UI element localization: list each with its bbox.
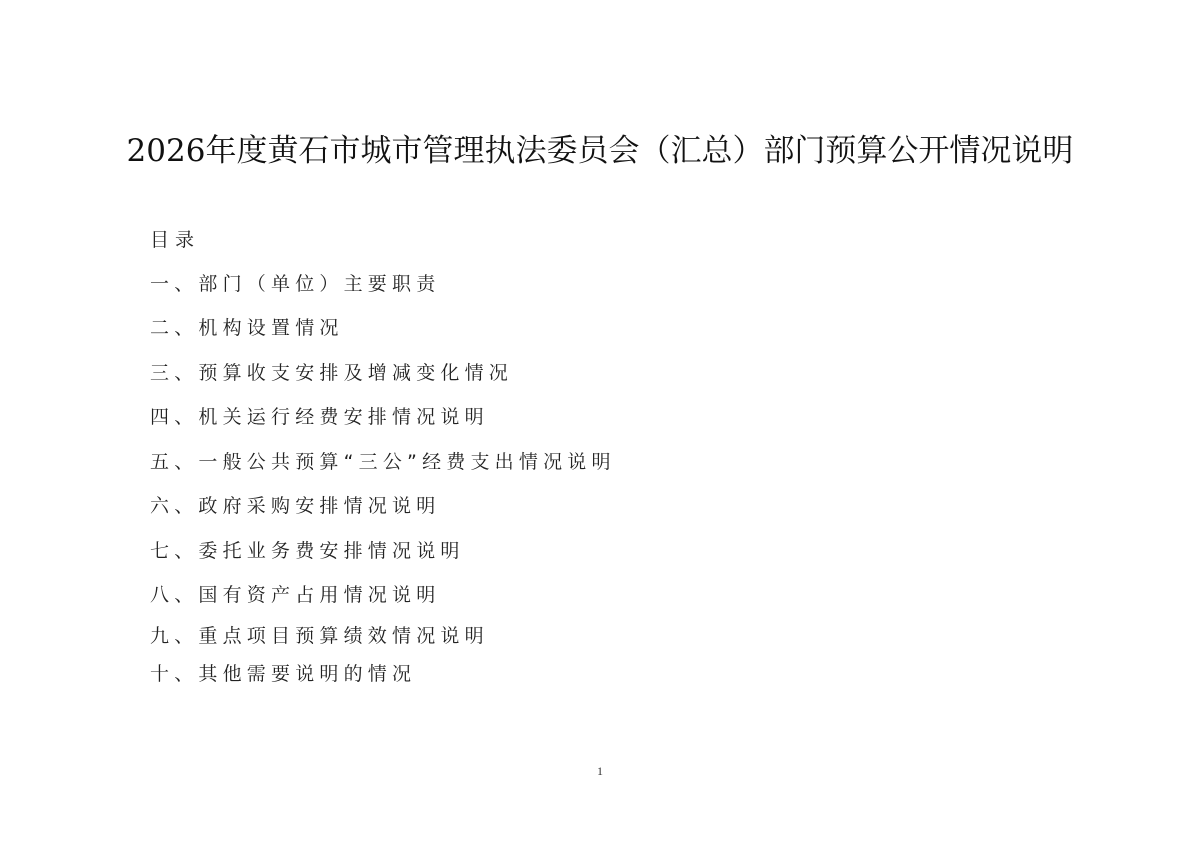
- toc-heading: 目录: [150, 227, 200, 253]
- toc-item-8: 八、国有资产占用情况说明: [150, 582, 440, 608]
- toc-item-1: 一、部门（单位）主要职责: [150, 271, 440, 297]
- toc-item-5: 五、一般公共预算“三公”经费支出情况说明: [150, 449, 616, 475]
- document-page: 2026年度黄石市城市管理执法委员会（汇总）部门预算公开情况说明 目录 一、部门…: [0, 0, 1200, 848]
- toc-item-7: 七、委托业务费安排情况说明: [150, 538, 465, 564]
- toc-item-9: 九、重点项目预算绩效情况说明: [150, 623, 489, 649]
- toc-item-6: 六、政府采购安排情况说明: [150, 493, 440, 519]
- toc-item-2: 二、机构设置情况: [150, 315, 344, 341]
- document-title: 2026年度黄石市城市管理执法委员会（汇总）部门预算公开情况说明: [0, 128, 1200, 174]
- toc-item-10: 十、其他需要说明的情况: [150, 661, 416, 687]
- toc-item-3: 三、预算收支安排及增减变化情况: [150, 360, 513, 386]
- toc-item-4: 四、机关运行经费安排情况说明: [150, 404, 489, 430]
- page-number: 1: [590, 763, 610, 779]
